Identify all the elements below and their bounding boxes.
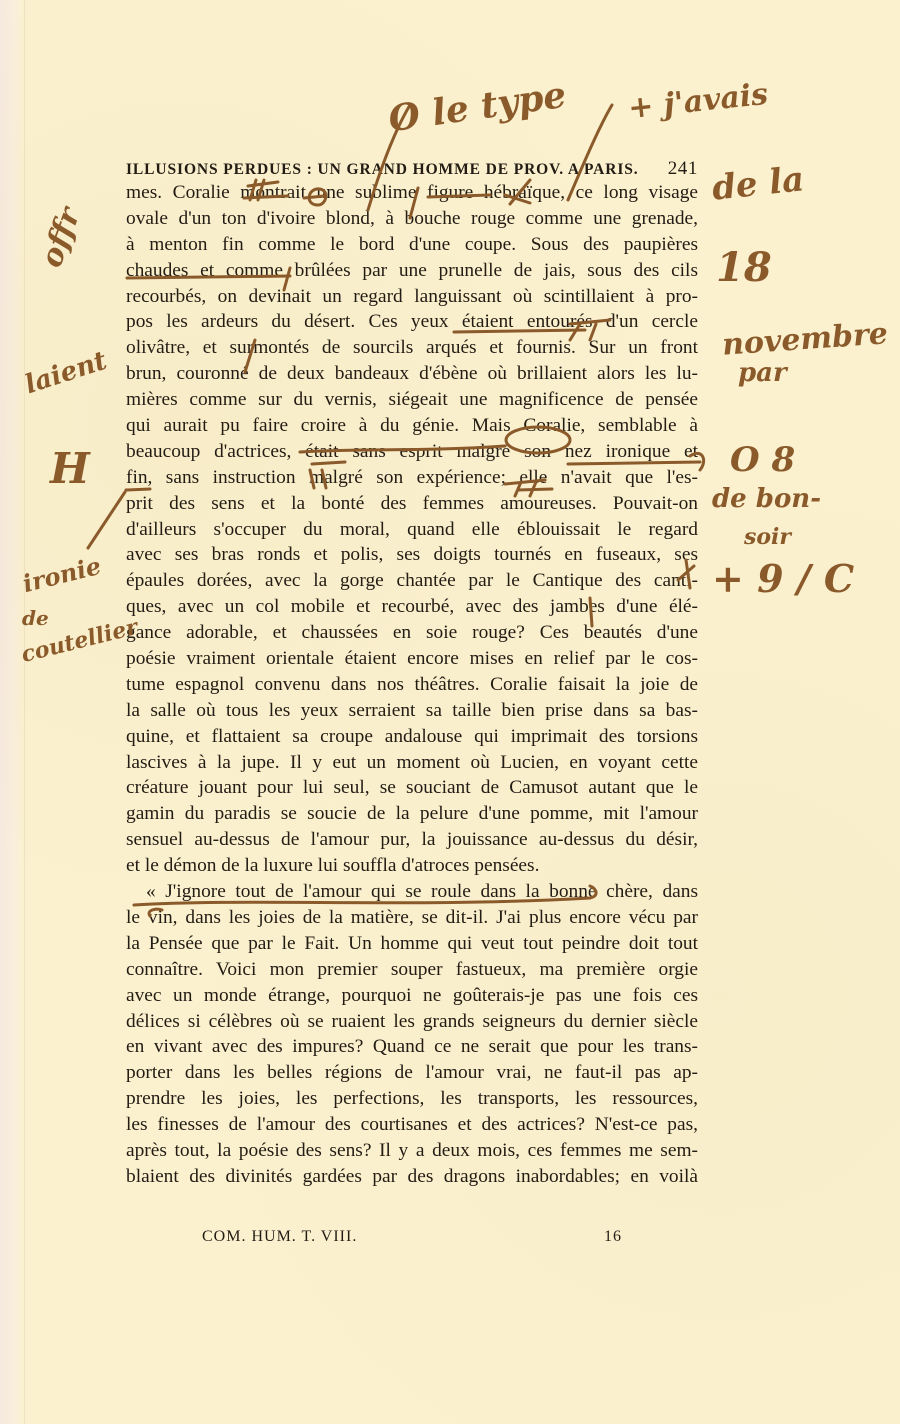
text-line: sensuel au-dessus de l'amour pur, la jou…	[126, 827, 698, 853]
text-line: gamin du paradis se soucie de la pelure …	[126, 801, 698, 827]
text-line: beaucoup d'actrices, était sans esprit m…	[126, 439, 698, 465]
text-line: tume espagnol convenu dans nos théâtres.…	[126, 672, 698, 698]
text-line: gance adorable, et chaussées en soie rou…	[126, 620, 698, 646]
text-line: le vin, dans les joies de la matière, se…	[126, 905, 698, 931]
text-line: qui aurait pu faire croire à du génie. M…	[126, 413, 698, 439]
text-line: poésie vraiment orientale étaient encore…	[126, 646, 698, 672]
note-right-soir: soir	[744, 524, 791, 550]
text-line: en vivant avec des impures? Quand ce ne …	[126, 1034, 698, 1060]
text-line: la Pensée que par le Fait. Un homme qui …	[126, 931, 698, 957]
running-head-title: ILLUSIONS PERDUES : UN GRAND HOMME DE PR…	[126, 161, 639, 179]
footer-signature: COM. HUM. T. VIII.	[202, 1228, 357, 1246]
text-line: quine, et flattaient sa croupe andalouse…	[126, 724, 698, 750]
note-right-18: 18	[716, 244, 772, 291]
text-line: mes. Coralie montrait une sublime figure…	[126, 180, 698, 206]
note-top-center: O le type	[386, 74, 569, 140]
note-right-de-la: de la	[710, 159, 806, 208]
note-left-laient: laient	[21, 346, 110, 401]
text-line: porter dans les belles régions de l'amou…	[126, 1060, 698, 1086]
note-left-offr: offr	[34, 203, 88, 272]
text-line: à menton fin comme le bord d'une coupe. …	[126, 232, 698, 258]
text-line: avec ses bras ronds et polis, ses doigts…	[126, 542, 698, 568]
running-head: ILLUSIONS PERDUES : UN GRAND HOMME DE PR…	[126, 158, 698, 180]
text-line: avec un monde étrange, pourquoi ne goûte…	[126, 983, 698, 1009]
text-line: prendre les joies, les perfections, les …	[126, 1086, 698, 1112]
note-left-ironie: ironie	[20, 551, 104, 598]
text-line: pos les ardeurs du désert. Ces yeux étai…	[126, 309, 698, 335]
text-line: ovale d'un ton d'ivoire blond, à bouche …	[126, 206, 698, 232]
page-number: 241	[668, 158, 698, 180]
text-line: prit des sens et la bonté des femmes amo…	[126, 491, 698, 517]
torn-page-edge	[0, 0, 25, 1424]
note-right-par: par	[738, 358, 787, 388]
note-right-de-bon: de bon-	[712, 484, 821, 514]
text-line: épaules dorées, avec la gorge chantée pa…	[126, 568, 698, 594]
text-line: brun, couronné de deux bandeaux d'ébène …	[126, 361, 698, 387]
body-text: mes. Coralie montrait une sublime figure…	[126, 180, 698, 1190]
text-line: chaudes et comme brûlées par une prunell…	[126, 258, 698, 284]
note-right-9c: + 9 / C	[712, 556, 854, 601]
text-line: ques, avec un col mobile et recourbé, av…	[126, 594, 698, 620]
text-line: lascives à la jupe. Il y eut un moment o…	[126, 750, 698, 776]
leader-line-icon	[88, 492, 125, 548]
note-right-novembre: novembre	[721, 316, 889, 362]
note-left-h: H	[50, 444, 90, 493]
footer-signature-mark: 16	[604, 1228, 622, 1246]
text-line: après tout, la poésie des sens? Il y a d…	[126, 1138, 698, 1164]
text-line-paragraph-end: et le démon de la luxure lui souffla d'a…	[126, 853, 698, 879]
note-top-right: + j'avais	[627, 77, 770, 126]
note-left-de: de	[22, 606, 49, 630]
text-line: mières comme sur du vernis, siégeait une…	[126, 387, 698, 413]
note-right-o8: O 8	[730, 440, 795, 480]
text-line: blaient des divinités gardées par des dr…	[126, 1164, 698, 1190]
text-line: créature jouant pour lui seul, se soucia…	[126, 775, 698, 801]
page-footer: COM. HUM. T. VIII. 16	[202, 1228, 622, 1246]
text-line: les finesses de l'amour des courtisanes …	[126, 1112, 698, 1138]
text-line: fin, sans instruction malgré son expérie…	[126, 465, 698, 491]
text-line-paragraph-start: « J'ignore tout de l'amour qui se roule …	[126, 879, 698, 905]
text-line: délices si célèbres où se ruaient les gr…	[126, 1009, 698, 1035]
text-line: d'ailleurs s'occuper du moral, quand ell…	[126, 517, 698, 543]
text-line: recourbés, on devinait un regard languis…	[126, 284, 698, 310]
text-line: olivâtre, et surmontés de sourcils arqué…	[126, 335, 698, 361]
text-line: la salle où tous les yeux serraient sa t…	[126, 698, 698, 724]
text-line: connaître. Voici mon premier souper fast…	[126, 957, 698, 983]
